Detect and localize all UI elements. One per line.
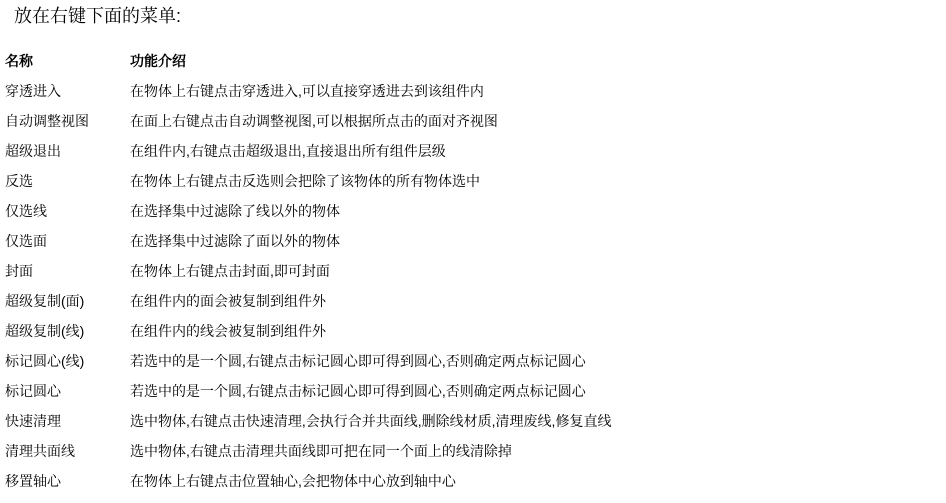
row-name: 仅选线 <box>0 196 130 226</box>
table-row: 超级退出 在组件内,右键点击超级退出,直接退出所有组件层级 <box>0 136 946 166</box>
table-row: 仅选线 在选择集中过滤除了线以外的物体 <box>0 196 946 226</box>
document-page: 放在右键下面的菜单: 名称 功能介绍 穿透进入 在物体上右键点击穿透进入,可以直… <box>0 0 946 503</box>
table-row: 反选 在物体上右键点击反选则会把除了该物体的所有物体选中 <box>0 166 946 196</box>
row-name: 仅选面 <box>0 226 130 256</box>
row-name: 超级复制(面) <box>0 286 130 316</box>
row-name: 移置轴心 <box>0 466 130 496</box>
row-name: 穿透进入 <box>0 76 130 106</box>
table-row: 超级复制(线) 在组件内的线会被复制到组件外 <box>0 316 946 346</box>
table-row: 快速清理 选中物体,右键点击快速清理,会执行合并共面线,删除线材质,清理废线,修… <box>0 406 946 436</box>
row-name: 标记圆心 <box>0 376 130 406</box>
row-desc: 在选择集中过滤除了面以外的物体 <box>130 226 946 256</box>
row-desc: 在组件内的线会被复制到组件外 <box>130 316 946 346</box>
row-desc: 在组件内,右键点击超级退出,直接退出所有组件层级 <box>130 136 946 166</box>
table-row: 标记圆心 若选中的是一个圆,右键点击标记圆心即可得到圆心,否则确定两点标记圆心 <box>0 376 946 406</box>
table-header-row: 名称 功能介绍 <box>0 46 946 76</box>
table-row: 封面 在物体上右键点击封面,即可封面 <box>0 256 946 286</box>
table-row: 移置轴心 在物体上右键点击位置轴心,会把物体中心放到轴中心 <box>0 466 946 496</box>
row-name: 自动调整视图 <box>0 106 130 136</box>
function-table: 名称 功能介绍 穿透进入 在物体上右键点击穿透进入,可以直接穿透进去到该组件内 … <box>0 46 946 496</box>
row-desc: 在面上右键点击自动调整视图,可以根据所点击的面对齐视图 <box>130 106 946 136</box>
row-name: 封面 <box>0 256 130 286</box>
row-name: 清理共面线 <box>0 436 130 466</box>
row-desc: 若选中的是一个圆,右键点击标记圆心即可得到圆心,否则确定两点标记圆心 <box>130 376 946 406</box>
table-row: 清理共面线 选中物体,右键点击清理共面线即可把在同一个面上的线清除掉 <box>0 436 946 466</box>
row-desc: 在物体上右键点击穿透进入,可以直接穿透进去到该组件内 <box>130 76 946 106</box>
header-desc: 功能介绍 <box>130 46 946 76</box>
row-desc: 在物体上右键点击封面,即可封面 <box>130 256 946 286</box>
row-desc: 在组件内的面会被复制到组件外 <box>130 286 946 316</box>
row-name: 反选 <box>0 166 130 196</box>
row-desc: 在物体上右键点击反选则会把除了该物体的所有物体选中 <box>130 166 946 196</box>
row-name: 超级复制(线) <box>0 316 130 346</box>
table-row: 仅选面 在选择集中过滤除了面以外的物体 <box>0 226 946 256</box>
table-row: 超级复制(面) 在组件内的面会被复制到组件外 <box>0 286 946 316</box>
table-row: 标记圆心(线) 若选中的是一个圆,右键点击标记圆心即可得到圆心,否则确定两点标记… <box>0 346 946 376</box>
row-desc: 在物体上右键点击位置轴心,会把物体中心放到轴中心 <box>130 466 946 496</box>
row-desc: 选中物体,右键点击清理共面线即可把在同一个面上的线清除掉 <box>130 436 946 466</box>
row-desc: 选中物体,右键点击快速清理,会执行合并共面线,删除线材质,清理废线,修复直线 <box>130 406 946 436</box>
row-name: 标记圆心(线) <box>0 346 130 376</box>
header-name: 名称 <box>0 46 130 76</box>
table-row: 自动调整视图 在面上右键点击自动调整视图,可以根据所点击的面对齐视图 <box>0 106 946 136</box>
row-name: 超级退出 <box>0 136 130 166</box>
table-row: 穿透进入 在物体上右键点击穿透进入,可以直接穿透进去到该组件内 <box>0 76 946 106</box>
row-desc: 若选中的是一个圆,右键点击标记圆心即可得到圆心,否则确定两点标记圆心 <box>130 346 946 376</box>
row-desc: 在选择集中过滤除了线以外的物体 <box>130 196 946 226</box>
row-name: 快速清理 <box>0 406 130 436</box>
page-title: 放在右键下面的菜单: <box>14 4 946 28</box>
